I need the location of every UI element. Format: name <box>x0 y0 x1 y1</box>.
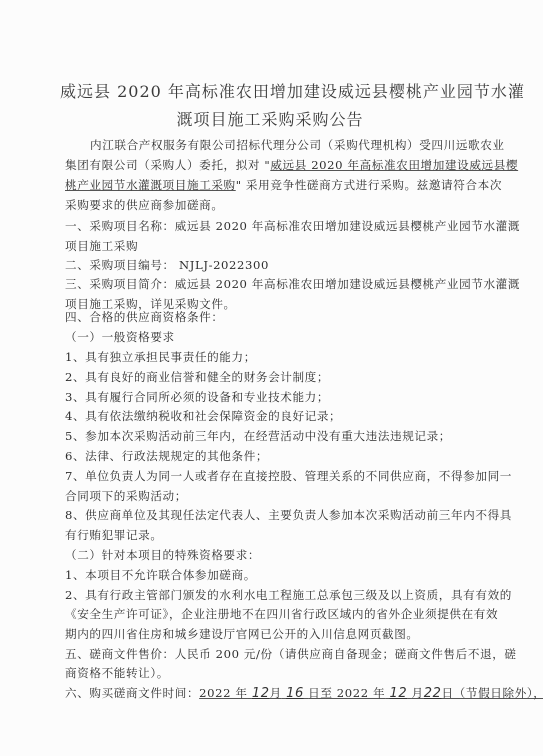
general-req-5: 5、参加本次采购活动前三年内，在经营活动中没有重大违法违规记录； <box>65 428 451 444</box>
date-range: 2022 年 12月 16 日至 2022 年 12 月22日（节假日除外）， <box>199 686 543 700</box>
special-req-2-line-3: 期内的四川省住房和城乡建设厅官网已公开的入川信息网页截图。 <box>65 626 419 642</box>
start-day-handwritten: 16 <box>286 686 304 701</box>
general-req-8-line-2: 有行贿犯罪记录。 <box>65 527 163 543</box>
intro-line-2: 集团有限公司（采购人）委托，拟对 "威远县 2020 年高标准农田增加建设威远县… <box>65 157 518 173</box>
general-req-7-line-1: 7、单位负责人为同一人或者存在直接控股、管理关系的不同供应商，不得参加同一 <box>65 468 512 484</box>
section-6-label: 六、购买磋商文件时间： <box>65 686 199 700</box>
general-req-1: 1、具有独立承担民事责任的能力； <box>65 349 256 365</box>
section-3-line-1: 三、采购项目简介：威远县 2020 年高标准农田增加建设威远县樱桃产业园节水灌溉 <box>65 276 520 292</box>
date-separator: 日至 2022 年 <box>308 686 385 700</box>
section-5-line-2: 商资格不能转让）。 <box>65 665 169 681</box>
end-month-handwritten: 12 <box>389 686 407 701</box>
intro-line-1: 内江联合产权服务有限公司招标代理分公司（采购代理机构）受四川远歌农业 <box>90 137 505 153</box>
project-name-underlined: 威远县 2020 年高标准农田增加建设威远县樱 <box>270 158 518 172</box>
month-label: 月 <box>270 686 282 700</box>
general-req-3: 3、具有履行合同所必须的设备和专业技术能力； <box>65 389 329 405</box>
document-title-line-1: 威远县 2020 年高标准农田增加建设威远县樱桃产业园节水灌 <box>60 82 480 102</box>
section-5-line-1: 五、磋商文件售价：人民币 200 元/份（请供应商自备现金；磋商文件售后不退，磋 <box>65 646 517 662</box>
start-month-handwritten: 12 <box>252 686 270 701</box>
intro-line-3: 桃产业园节水灌溉项目施工采购" 采用竞争性磋商方式进行采购。兹邀请符合本次 <box>65 177 502 193</box>
project-name-underlined-cont: 桃产业园节水灌溉项目施工采购 <box>65 178 236 192</box>
end-day-handwritten: 22 <box>424 686 442 701</box>
section-1-line-2: 项目施工采购 <box>65 238 138 254</box>
section-1-line-1: 一、采购项目名称：威远县 2020 年高标准农田增加建设威远县樱桃产业园节水灌溉 <box>65 218 520 234</box>
date-end: 日（节假日除外）， <box>441 686 543 700</box>
month-label-2: 月 <box>412 686 424 700</box>
general-req-8-line-1: 8、供应商单位及其现任法定代表人、主要负责人参加本次采购活动前三年内不得具 <box>65 507 512 523</box>
special-req-1: 1、本项目不允许联合体参加磋商。 <box>65 567 256 583</box>
general-req-7-line-2: 合同项下的采购活动； <box>65 488 187 504</box>
special-req-2-line-1: 2、具有行政主管部门颁发的水利水电工程施工总承包三级及以上资质，具有有效的 <box>65 587 512 603</box>
start-year: 2022 年 <box>199 686 247 700</box>
intro-line-4: 采购要求的供应商参加磋商。 <box>65 197 224 213</box>
document-page: 威远县 2020 年高标准农田增加建设威远县樱桃产业园节水灌 溉项目施工采购采购… <box>0 0 543 756</box>
general-req-6: 6、法律、行政法规规定的其他条件； <box>65 448 268 464</box>
general-req-4: 4、具有依法缴纳税收和社会保障资金的良好记录； <box>65 408 341 424</box>
document-title-line-2: 溉项目施工采购采购公告 <box>60 110 480 130</box>
general-req-2: 2、具有良好的商业信誉和健全的财务会计制度； <box>65 369 329 385</box>
general-requirements-heading: （一）一般资格要求 <box>65 329 175 345</box>
intro-text-cont: " 采用竞争性磋商方式进行采购。兹邀请符合本次 <box>236 178 502 192</box>
special-req-2-line-2: 《安全生产许可证》，企业注册地不在四川省行政区域内的省外企业须提供在有效 <box>65 606 498 622</box>
intro-text: 集团有限公司（采购人）委托，拟对 " <box>65 158 270 172</box>
section-2-project-number: 二、采购项目编号： NJLJ-2022300 <box>65 257 269 273</box>
section-6-purchase-time: 六、购买磋商文件时间：2022 年 12月 16 日至 2022 年 12 月2… <box>65 685 543 702</box>
special-requirements-heading: （二）针对本项目的特殊资格要求： <box>65 547 260 563</box>
section-4-heading: 四、合格的供应商资格条件： <box>65 309 224 325</box>
